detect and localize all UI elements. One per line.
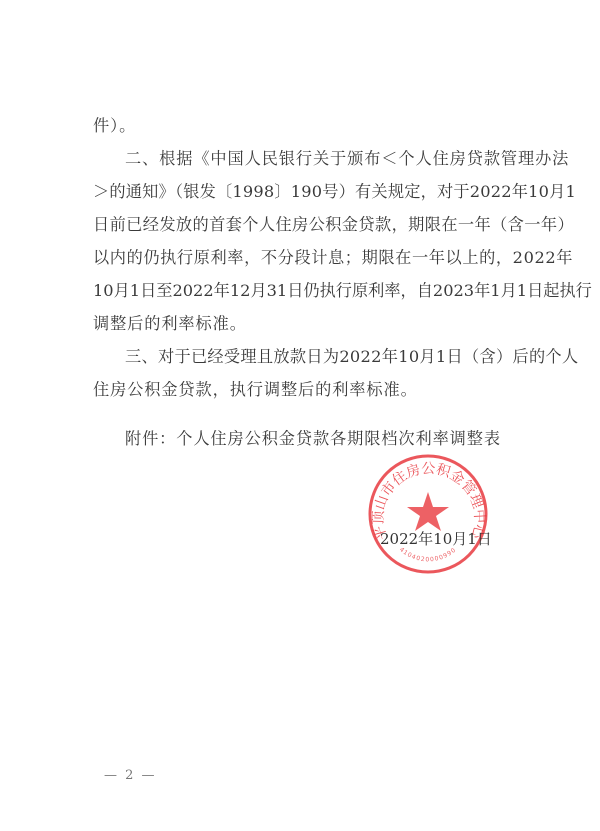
attachment-line: 附件：个人住房公积金贷款各期限档次利率调整表 (125, 427, 600, 451)
official-seal-icon: 平顶山市住房公积金管理中心 4104020000990 (366, 452, 490, 576)
text-line-2: 二、根据《中国人民银行关于颁布＜个人住房贷款管理办法 (125, 147, 600, 171)
text-line-6: 10月1日至2022年12月31日仍执行原利率，自2023年1月1日起执行 (93, 279, 600, 303)
text-line-7: 调整后的利率标准。 (93, 312, 600, 336)
text-line-5: 以内的仍执行原利率，不分段计息；期限在一年以上的，2022年 (93, 246, 600, 270)
text-line-9: 住房公积金贷款，执行调整后的利率标准。 (93, 378, 600, 402)
text-line-8: 三、对于已经受理且放款日为2022年10月1日（含）后的个人 (125, 345, 600, 369)
text-line-1: 件）。 (93, 114, 600, 138)
signature-date: 2022年10月1日 (380, 528, 492, 549)
page-number: — 2 — (104, 768, 157, 783)
text-line-3: ＞的通知》（银发〔1998〕190号）有关规定，对于2022年10月1 (93, 180, 600, 204)
text-line-4: 日前已经发放的首套个人住房公积金贷款，期限在一年（含一年） (93, 213, 600, 237)
